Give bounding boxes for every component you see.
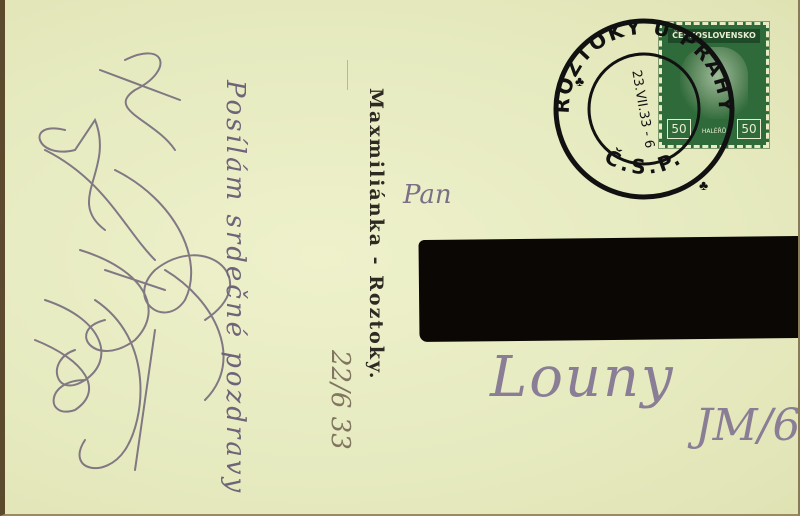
address-line-3: Louny (490, 345, 675, 410)
svg-text:Č.S.P.: Č.S.P. (601, 144, 688, 179)
club-ornament-icon: ♣ (575, 75, 584, 90)
postmark-csp: Č.S.P. (601, 144, 688, 179)
center-divider-line (347, 60, 348, 90)
stamp-value-right: 50 (737, 119, 761, 139)
signature-scrawl (5, 0, 335, 516)
postmark-cancel: ROZTOKY U PRAHY Č.S.P. 23.VII.33 - 6 ♣ ♣ (549, 14, 739, 204)
address-line-1: Pan (403, 180, 452, 210)
postcard: Posílám srdečné pozdravy 22/6 33 Maxmili… (0, 0, 800, 516)
handwritten-message: Posílám srdečné pozdravy (220, 80, 250, 495)
club-ornament-icon: ♣ (699, 179, 708, 194)
postmark-date: 23.VII.33 - 6 (628, 69, 657, 150)
redaction-bar (418, 236, 800, 342)
address-note: JM/6 (695, 400, 800, 451)
handwritten-date: 22/6 33 (325, 350, 355, 450)
printed-caption: Maxmiliánka - Roztoky. (365, 88, 387, 380)
